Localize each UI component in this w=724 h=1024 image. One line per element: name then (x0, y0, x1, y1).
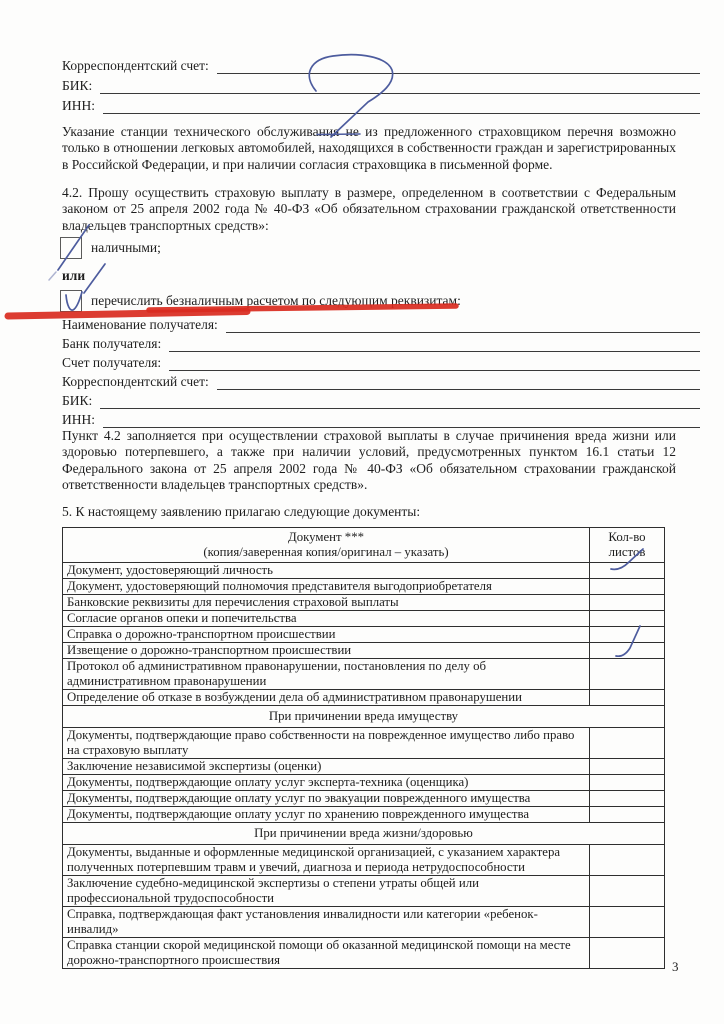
table-row: Документы, выданные и оформленные медици… (63, 845, 665, 876)
recipient-requisite-label: Наименование получателя: (62, 317, 226, 333)
sheets-count-cell[interactable] (590, 643, 665, 659)
table-row: Документ, удостоверяющий личность (63, 563, 665, 579)
sheets-count-cell[interactable] (590, 563, 665, 579)
transfer-option-label: перечислить безналичным расчетом по след… (82, 293, 461, 309)
top-requisite-row: Корреспондентский счет: (62, 54, 700, 74)
transfer-checkbox-stroke (84, 264, 105, 293)
top-requisite-blank-line[interactable] (100, 78, 700, 94)
table-row: Документы, подтверждающие право собствен… (63, 728, 665, 759)
document-name-cell: Заключение судебно-медицинской экспертиз… (63, 876, 590, 907)
clause-42-intro: 4.2. Прошу осуществить страховую выплату… (62, 185, 676, 234)
sheets-count-column-header: Кол-волистов (590, 528, 665, 563)
sheets-count-cell[interactable] (590, 728, 665, 759)
top-requisite-blank-line[interactable] (217, 58, 700, 74)
table-header-row: Документ ***(копия/заверенная копия/ориг… (63, 528, 665, 563)
transfer-option-row: перечислить безналичным расчетом по след… (60, 290, 461, 312)
cash-option-row: наличными; (60, 237, 161, 259)
recipient-requisite-label: БИК: (62, 393, 100, 409)
table-section-row: При причинении вреда жизни/здоровью (63, 823, 665, 845)
sheets-count-cell[interactable] (590, 938, 665, 969)
sheets-count-cell[interactable] (590, 807, 665, 823)
recipient-requisite-row: Счет получателя: (62, 352, 700, 371)
table-row: Справка, подтверждающая факт установлени… (63, 907, 665, 938)
table-row: Документы, подтверждающие оплату услуг п… (63, 791, 665, 807)
table-section-title: При причинении вреда жизни/здоровью (63, 823, 665, 845)
recipient-requisite-blank-line[interactable] (217, 374, 700, 390)
table-row: Документ, удостоверяющий полномочия пред… (63, 579, 665, 595)
document-name-cell: Извещение о дорожно-транспортном происше… (63, 643, 590, 659)
top-requisite-label: БИК: (62, 78, 100, 94)
table-row: Определение об отказе в возбуждении дела… (63, 690, 665, 706)
recipient-requisite-row: БИК: (62, 390, 700, 409)
table-row: Извещение о дорожно-транспортном происше… (63, 643, 665, 659)
sheets-count-cell[interactable] (590, 627, 665, 643)
document-name-cell: Документы, выданные и оформленные медици… (63, 845, 590, 876)
recipient-requisite-label: Счет получателя: (62, 355, 169, 371)
top-requisite-blank-line[interactable] (103, 98, 700, 114)
clause-42-note: Пункт 4.2 заполняется при осуществлении … (62, 428, 676, 494)
or-label: или (62, 268, 85, 284)
document-name-cell: Справка о дорожно-транспортном происшест… (63, 627, 590, 643)
document-name-cell: Документ, удостоверяющий полномочия пред… (63, 579, 590, 595)
sheets-count-cell[interactable] (590, 775, 665, 791)
document-name-cell: Справка станции скорой медицинской помощ… (63, 938, 590, 969)
table-row: Заключение независимой экспертизы (оценк… (63, 759, 665, 775)
table-row: Документы, подтверждающие оплату услуг п… (63, 807, 665, 823)
top-requisite-label: ИНН: (62, 98, 103, 114)
recipient-requisite-row: ИНН: (62, 409, 700, 428)
table-row: Протокол об административном правонаруше… (63, 659, 665, 690)
sheets-count-cell[interactable] (590, 611, 665, 627)
recipient-requisite-label: Корреспондентский счет: (62, 374, 217, 390)
recipient-requisite-blank-line[interactable] (169, 355, 700, 371)
top-requisites-block: Корреспондентский счет:БИК:ИНН: (62, 54, 700, 114)
top-requisite-row: БИК: (62, 74, 700, 94)
document-column-header: Документ ***(копия/заверенная копия/ориг… (63, 528, 590, 563)
document-name-cell: Документы, подтверждающие оплату услуг п… (63, 807, 590, 823)
table-row: Банковские реквизиты для перечисления ст… (63, 595, 665, 611)
recipient-requisite-label: ИНН: (62, 412, 103, 428)
recipient-requisite-blank-line[interactable] (100, 393, 700, 409)
sheets-count-cell[interactable] (590, 791, 665, 807)
cash-checkbox[interactable] (60, 237, 82, 259)
document-name-cell: Документы, подтверждающие оплату услуг п… (63, 791, 590, 807)
recipient-requisite-row: Наименование получателя: (62, 314, 700, 333)
table-section-row: При причинении вреда имуществу (63, 706, 665, 728)
table-row: Документы, подтверждающие оплату услуг э… (63, 775, 665, 791)
table-row: Заключение судебно-медицинской экспертиз… (63, 876, 665, 907)
sheets-count-cell[interactable] (590, 876, 665, 907)
service-station-paragraph: Указание станции технического обслуживан… (62, 124, 676, 173)
table-row: Согласие органов опеки и попечительства (63, 611, 665, 627)
recipient-requisite-blank-line[interactable] (103, 412, 700, 428)
transfer-checkbox[interactable] (60, 290, 82, 312)
document-name-cell: Банковские реквизиты для перечисления ст… (63, 595, 590, 611)
recipient-requisite-row: Банк получателя: (62, 333, 700, 352)
recipient-requisite-label: Банк получателя: (62, 336, 169, 352)
recipient-requisite-row: Корреспондентский счет: (62, 371, 700, 390)
top-requisite-row: ИНН: (62, 94, 700, 114)
document-name-cell: Документы, подтверждающие оплату услуг э… (63, 775, 590, 791)
sheets-count-cell[interactable] (590, 845, 665, 876)
documents-table: Документ ***(копия/заверенная копия/ориг… (62, 527, 665, 969)
top-requisite-label: Корреспондентский счет: (62, 58, 217, 74)
page-number: 3 (672, 959, 679, 975)
document-name-cell: Документ, удостоверяющий личность (63, 563, 590, 579)
recipient-requisite-blank-line[interactable] (226, 317, 700, 333)
sheets-count-cell[interactable] (590, 759, 665, 775)
sheets-count-cell[interactable] (590, 690, 665, 706)
recipient-requisite-blank-line[interactable] (169, 336, 700, 352)
table-row: Справка станции скорой медицинской помощ… (63, 938, 665, 969)
document-name-cell: Согласие органов опеки и попечительства (63, 611, 590, 627)
sheets-count-cell[interactable] (590, 907, 665, 938)
sheets-count-cell[interactable] (590, 659, 665, 690)
document-name-cell: Документы, подтверждающие право собствен… (63, 728, 590, 759)
document-name-cell: Справка, подтверждающая факт установлени… (63, 907, 590, 938)
scanned-form-page: Корреспондентский счет:БИК:ИНН: Указание… (0, 0, 724, 1024)
section-5-title: 5. К настоящему заявлению прилагаю следу… (62, 504, 420, 520)
document-name-cell: Протокол об административном правонаруше… (63, 659, 590, 690)
cash-option-label: наличными; (82, 240, 161, 256)
table-row: Справка о дорожно-транспортном происшест… (63, 627, 665, 643)
document-name-cell: Определение об отказе в возбуждении дела… (63, 690, 590, 706)
table-section-title: При причинении вреда имуществу (63, 706, 665, 728)
recipient-requisites-block: Наименование получателя:Банк получателя:… (62, 314, 700, 428)
sheets-count-cell[interactable] (590, 579, 665, 595)
document-name-cell: Заключение независимой экспертизы (оценк… (63, 759, 590, 775)
cash-checkbox-slash-tail (49, 272, 56, 280)
sheets-count-cell[interactable] (590, 595, 665, 611)
